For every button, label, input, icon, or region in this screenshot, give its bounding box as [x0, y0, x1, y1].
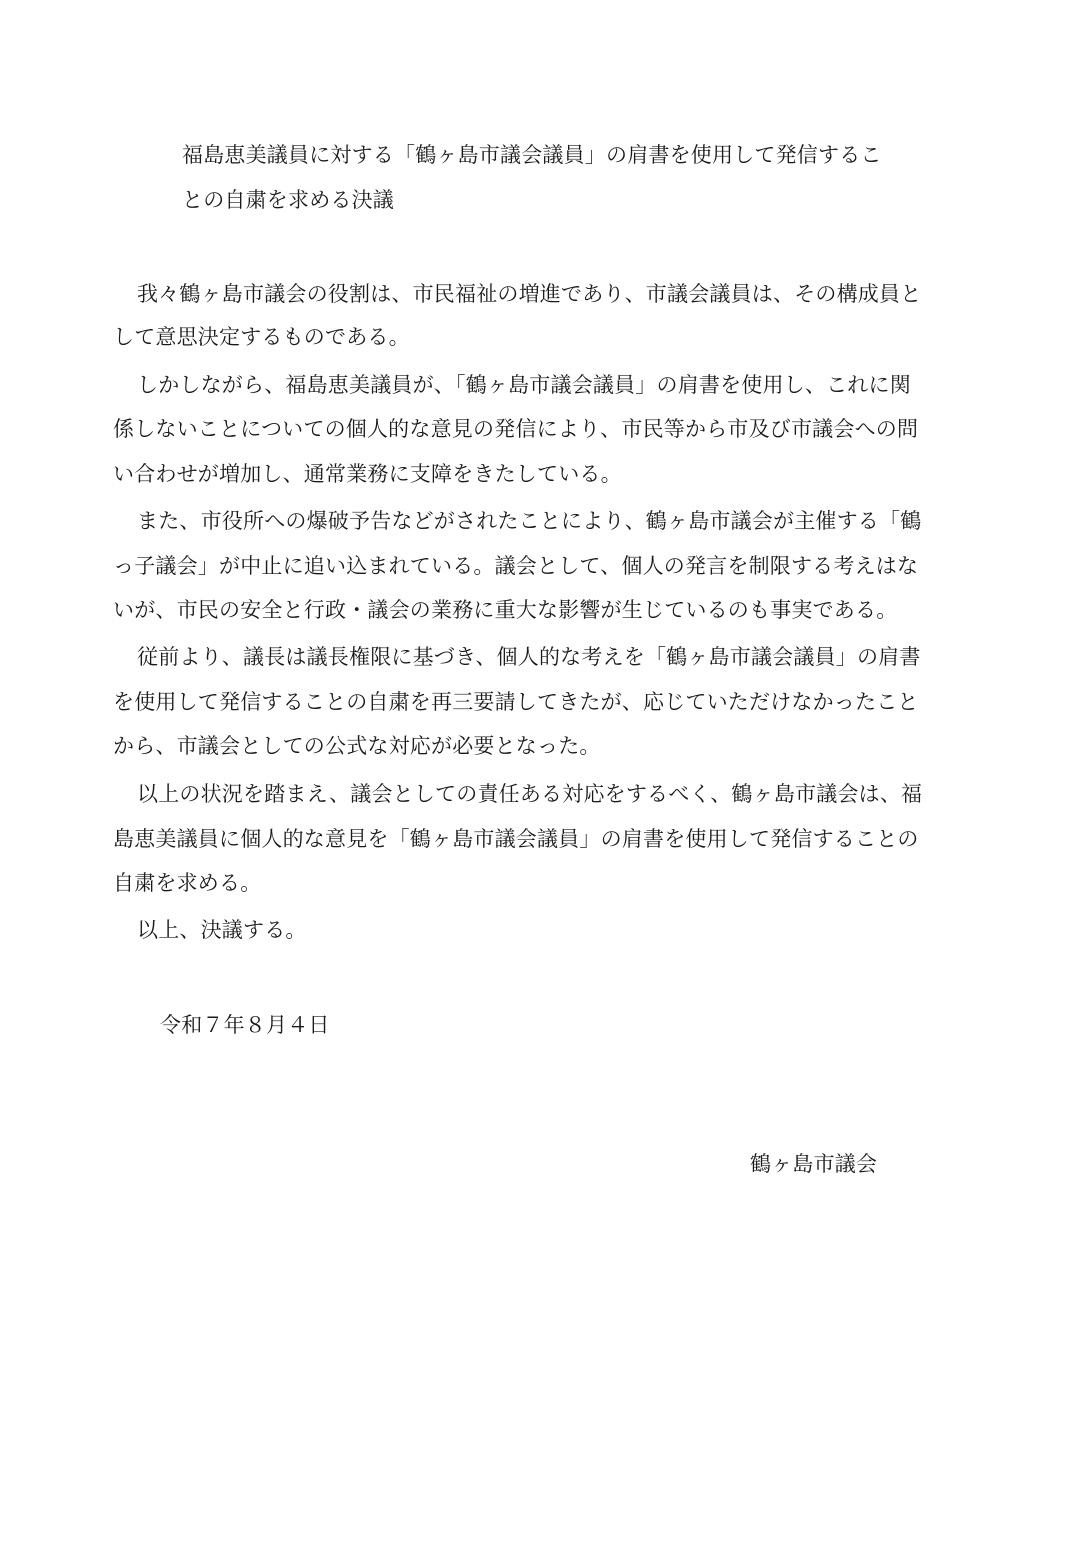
- paragraph-3-line-1: また、市役所への爆破予告などがされたことにより、鶴ヶ島市議会が主催する「鶴: [137, 507, 921, 535]
- paragraph-3-line-3: いが、市民の安全と行政・議会の業務に重大な影響が生じているのも事実である。: [113, 596, 897, 624]
- signer-name: 鶴ヶ島市議会: [750, 1150, 877, 1178]
- paragraph-6-line-1: 以上、決議する。: [137, 916, 307, 944]
- paragraph-4-line-3: から、市議会としての公式な対応が必要となった。: [113, 732, 601, 760]
- document-title-line-1: 福島恵美議員に対する「鶴ヶ島市議会議員」の肩書を使用して発信するこ: [182, 141, 882, 169]
- paragraph-2-line-1: しかしながら、福島恵美議員が、「鶴ヶ島市議会議員」の肩書を使用し、これに関: [137, 371, 911, 399]
- document-page: 福島恵美議員に対する「鶴ヶ島市議会議員」の肩書を使用して発信するこ との自粛を求…: [0, 0, 1091, 1543]
- paragraph-5-line-1: 以上の状況を踏まえ、議会としての責任ある対応をするべく、鶴ヶ島市議会は、福: [137, 780, 922, 808]
- resolution-date: 令和７年８月４日: [160, 1011, 330, 1039]
- paragraph-5-line-2: 島恵美議員に個人的な意見を「鶴ヶ島市議会議員」の肩書を使用して発信することの: [113, 825, 919, 853]
- document-title-line-2: との自粛を求める決議: [182, 186, 394, 214]
- paragraph-1-line-1: 我々鶴ヶ島市議会の役割は、市民福祉の増進であり、市議会議員は、その構成員と: [137, 280, 921, 308]
- paragraph-2-line-3: い合わせが増加し、通常業務に支障をきたしている。: [113, 460, 622, 488]
- paragraph-4-line-1: 従前より、議長は議長権限に基づき、個人的な考えを「鶴ヶ島市議会議員」の肩書: [137, 643, 921, 671]
- paragraph-3-line-2: っ子議会」が中止に追い込まれている。議会として、個人の発言を制限する考えはな: [113, 552, 918, 580]
- paragraph-1-line-2: して意思決定するものである。: [113, 323, 410, 351]
- paragraph-4-line-2: を使用して発信することの自粛を再三要請してきたが、応じていただけなかったこと: [113, 688, 919, 716]
- paragraph-2-line-2: 係しないことについての個人的な意見の発信により、市民等から市及び市議会への問: [113, 415, 918, 443]
- paragraph-5-line-3: 自粛を求める。: [113, 869, 261, 897]
